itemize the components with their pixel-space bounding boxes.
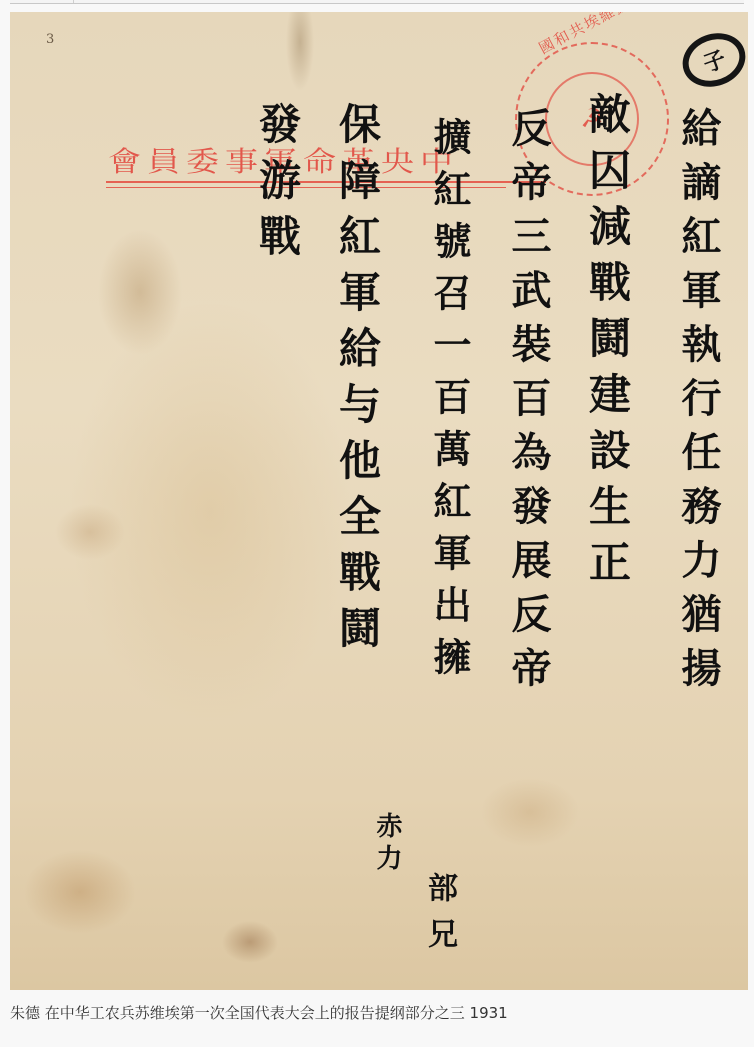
circled-annotation: 子: [675, 25, 748, 96]
image-caption: 朱德 在中华工农兵苏维埃第一次全国代表大会上的报告提纲部分之三 1931: [10, 1002, 508, 1023]
marginal-note-2: 部兄: [424, 872, 454, 964]
page-number: 3: [46, 32, 54, 47]
handwritten-column-6: 發游戰: [256, 102, 298, 270]
handwritten-column-1: 給謫紅軍執行任務力猶揚: [678, 107, 718, 701]
handwritten-column-4: 擴紅號召一百萬紅軍出擁: [430, 117, 468, 689]
handwritten-column-2: 敵囚減戰鬪建設生正: [586, 92, 628, 596]
top-divider: [73, 0, 74, 3]
letterhead-rule: [106, 181, 546, 183]
top-border: [10, 0, 744, 4]
manuscript-scan: 3 ☭ 國和共埃維蘇華中 會員委事軍命革央中 子 給謫紅軍執行任務力猶揚 敵囚減…: [10, 12, 748, 990]
handwritten-column-5: 保障紅軍給与他全戰鬪: [336, 102, 378, 662]
handwritten-column-3: 反帝三武裝百為發展反帝: [508, 107, 548, 701]
marginal-note-1: 赤力: [374, 812, 400, 876]
